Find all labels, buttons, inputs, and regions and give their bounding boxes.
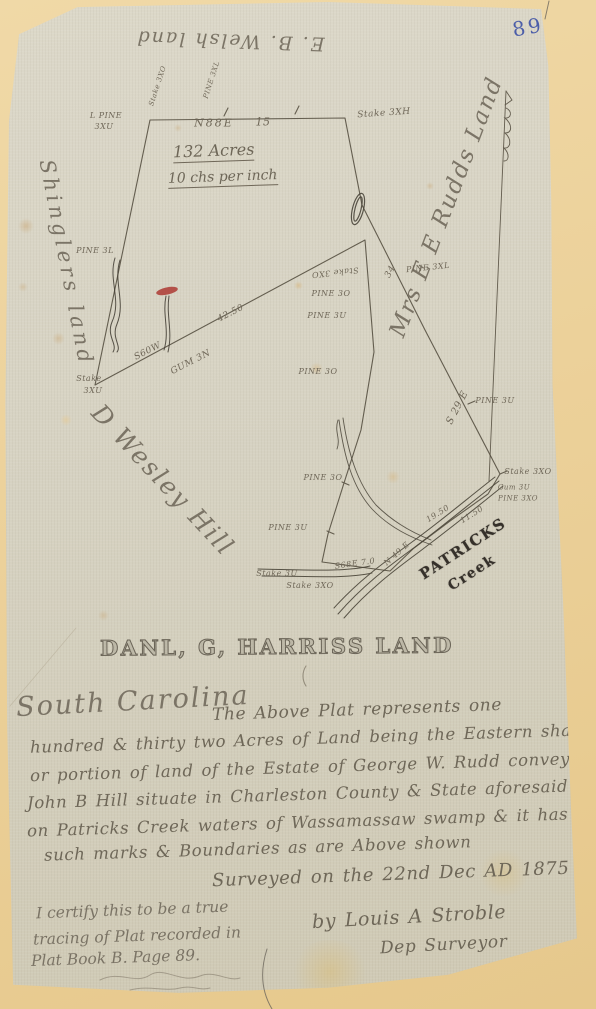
pen-mark <box>303 666 306 686</box>
red-blaze-mark <box>155 285 178 297</box>
plat-title: DANL, G, HARRISS LAND <box>100 634 454 658</box>
survey-mark: PINE 3U <box>475 397 514 405</box>
tracing-paper: 89 E. B. Welsh land Shinglers land Mrs E… <box>0 0 596 1009</box>
tree-sketch <box>110 258 170 352</box>
neighbor-north-label: E. B. Welsh land <box>135 27 325 53</box>
north-arrow <box>489 91 512 481</box>
page-number: 89 <box>511 14 545 39</box>
survey-mark: PINE 3L <box>76 247 114 255</box>
survey-mark: N88E <box>194 118 234 129</box>
survey-mark: PINE 3U <box>307 312 346 320</box>
survey-mark: PINE 3O <box>303 474 342 482</box>
branch-stream <box>337 418 432 545</box>
survey-mark: Stake 3XO <box>504 468 551 476</box>
survey-mark: 3XU <box>94 123 113 131</box>
survey-mark: Gum 3U <box>498 485 530 492</box>
survey-mark: PINE 3O <box>298 368 337 376</box>
scanned-plat-page: 89 E. B. Welsh land Shinglers land Mrs E… <box>0 0 596 1009</box>
signature-scribble <box>100 972 240 990</box>
survey-mark: PINE 3U <box>268 524 307 532</box>
survey-mark: 15 <box>256 117 271 128</box>
survey-mark: Stake 3U <box>256 570 297 578</box>
area-label: 132 Acres <box>173 142 255 164</box>
survey-mark: Stake <box>76 375 102 383</box>
survey-mark: PINE 3O <box>311 290 350 298</box>
survey-mark: L PINE <box>90 112 122 120</box>
survey-mark: PINE 3XO <box>498 496 538 503</box>
survey-mark: Stake 3XO <box>286 582 333 590</box>
survey-mark: 3XU <box>83 387 102 395</box>
corner-pen-stroke <box>545 1 549 19</box>
